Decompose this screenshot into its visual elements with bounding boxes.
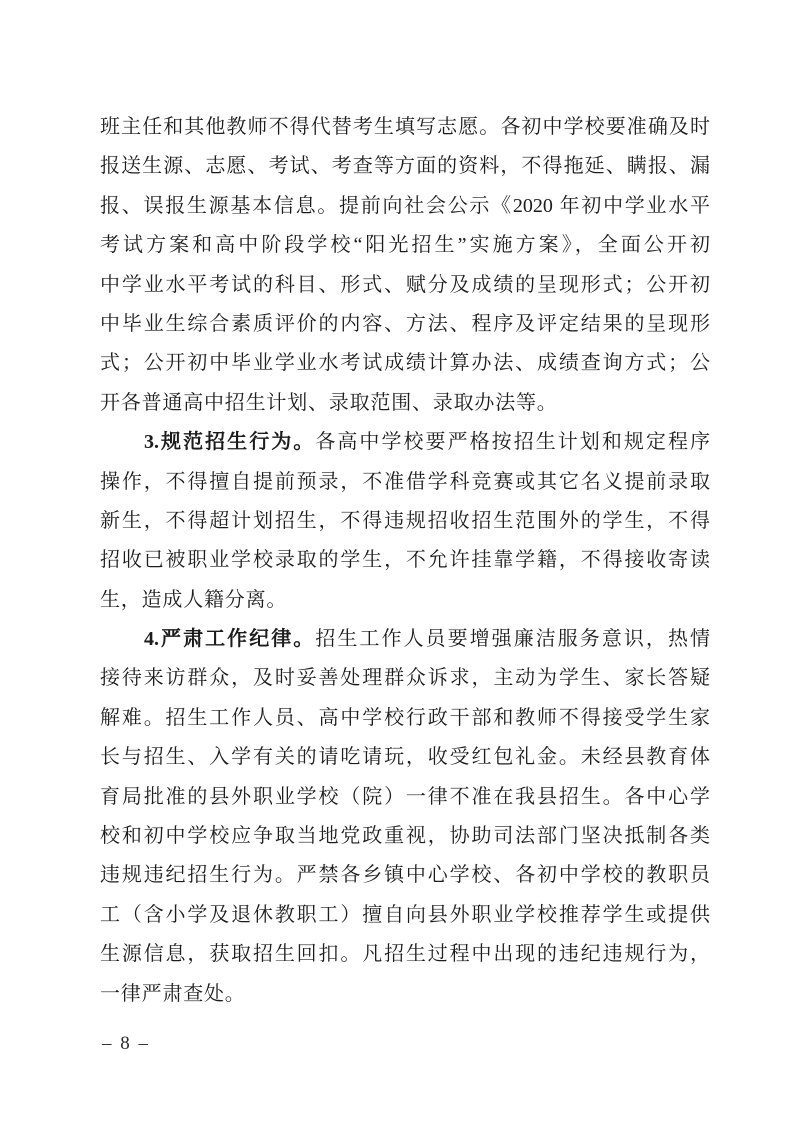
text-line: 4.严肃工作纪律。招生工作人员要增强廉洁服务意识，热情 xyxy=(100,620,710,659)
section-4-text: 招生工作人员要增强廉洁服务意识，热情 xyxy=(315,628,710,650)
text-line: 生源信息，获取招生回扣。凡招生过程中出现的违纪违规行为， xyxy=(100,935,710,974)
text-line: 中学业水平考试的科目、形式、赋分及成绩的呈现形式；公开初 xyxy=(100,266,710,305)
text-line: 式；公开初中毕业学业水考试成绩计算办法、成绩查询方式；公 xyxy=(100,344,710,383)
text-line: 报、误报生源基本信息。提前向社会公示《2020 年初中学业水平 xyxy=(100,187,710,226)
section-4-heading: 4.严肃工作纪律。 xyxy=(144,628,315,650)
text-line: 报送生源、志愿、考试、考查等方面的资料，不得拖延、瞒报、漏 xyxy=(100,147,710,186)
text-line: 3.规范招生行为。各高中学校要严格按招生计划和规定程序 xyxy=(100,423,710,462)
document-page: 班主任和其他教师不得代替考生填写志愿。各初中学校要准确及时 报送生源、志愿、考试… xyxy=(0,0,793,1122)
text-line: 中毕业生综合素质评价的内容、方法、程序及评定结果的呈现形 xyxy=(100,305,710,344)
text-line: 生，造成人籍分离。 xyxy=(100,581,710,620)
text-line: 招收已被职业学校录取的学生，不允许挂靠学籍，不得接收寄读 xyxy=(100,541,710,580)
text-line: 违规违纪招生行为。严禁各乡镇中心学校、各初中学校的教职员 xyxy=(100,856,710,895)
text-line: 工（含小学及退休教职工）擅自向县外职业学校推荐学生或提供 xyxy=(100,896,710,935)
text-line: 接待来访群众，及时妥善处理群众诉求，主动为学生、家长答疑 xyxy=(100,659,710,698)
text-line: 长与招生、入学有关的请吃请玩，收受红包礼金。未经县教育体 xyxy=(100,738,710,777)
text-line: 新生，不得超计划招生，不得违规招收招生范围外的学生，不得 xyxy=(100,502,710,541)
section-3-text: 各高中学校要严格按招生计划和规定程序 xyxy=(315,431,710,453)
text-line: 考试方案和高中阶段学校“阳光招生”实施方案》，全面公开初 xyxy=(100,226,710,265)
text-line: 校和初中学校应争取当地党政重视，协助司法部门坚决抵制各类 xyxy=(100,817,710,856)
section-3-heading: 3.规范招生行为。 xyxy=(144,431,315,453)
text-line: 班主任和其他教师不得代替考生填写志愿。各初中学校要准确及时 xyxy=(100,108,710,147)
text-line: 解难。招生工作人员、高中学校行政干部和教师不得接受学生家 xyxy=(100,699,710,738)
page-number: – 8 – xyxy=(102,1030,150,1058)
text-line: 开各普通高中招生计划、录取范围、录取办法等。 xyxy=(100,384,710,423)
document-body: 班主任和其他教师不得代替考生填写志愿。各初中学校要准确及时 报送生源、志愿、考试… xyxy=(100,108,710,1014)
text-line: 育局批准的县外职业学校（院）一律不准在我县招生。各中心学 xyxy=(100,778,710,817)
text-line: 操作，不得擅自提前预录，不准借学科竞赛或其它名义提前录取 xyxy=(100,463,710,502)
text-line: 一律严肃查处。 xyxy=(100,975,710,1014)
